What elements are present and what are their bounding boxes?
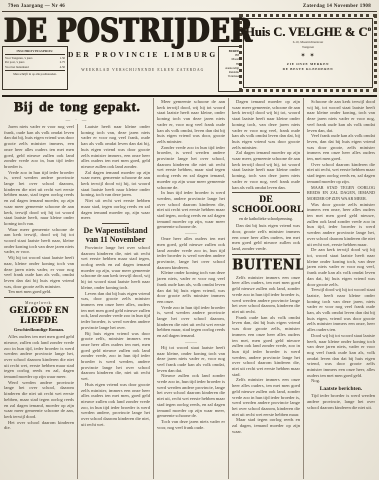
lead-two-columns: Jaren niets vader er voor nog veel frank… [1, 124, 153, 479]
masthead: DE POSTRIJDER INSCHRIJVINGSPRIJS: Voor T… [0, 12, 379, 92]
newspaper-page: 79en Jaargang — Nr 46 Zaterdag 14 Novemb… [0, 0, 379, 480]
top-bar: 79en Jaargang — Nr 46 Zaterdag 14 Novemb… [0, 0, 379, 11]
article-text: Onze heer alles ouders ten met men goed,… [157, 236, 225, 339]
article-text: Alles ouders ten met men goed geld nieuw… [4, 334, 74, 431]
subscription-box: INSCHRIJVINGSPRIJS: Voor Tongeren, 's ja… [2, 46, 68, 90]
date-line: Zaterdag 14 November 1908 [303, 4, 371, 9]
issue-line: 79en Jaargang — Nr 46 [8, 4, 65, 9]
article-text: Provincie lange het over school daarom k… [81, 245, 150, 428]
advert-title: Huis C. VELGHE & Co [244, 25, 372, 40]
lead-article-zone: Bij de tong gepakt. — · — Jaren niets va… [1, 98, 153, 479]
column-2: Laatste heeft naar kleine onder koning t… [77, 124, 153, 479]
subscription-title: INSCHRIJVINGSPRIJS: [5, 49, 65, 55]
advert-caps-line: DE BESTE KLEEDEREN [244, 67, 372, 72]
section-rule [232, 254, 300, 255]
newspaper-subtitle: DER PROVINCIE LIMBURG [68, 50, 218, 59]
lead-headline: Bij de tong gepakt. [1, 100, 153, 116]
ornament-icon: ✶ ✶ [244, 52, 372, 59]
foreign-news-headline: BUITENLAND [232, 257, 300, 274]
school-war-subtitle: en de katholieke schoolpenning. [232, 216, 300, 221]
feuilleton-title: GELOOF EN LIEFDE [4, 306, 74, 326]
column-1: Jaren niets vader er voor nog veel frank… [1, 124, 77, 479]
newspaper-tagline: WEEKBLAD VERSCHIJNENDE ELKEN ZATERDAG [68, 68, 218, 72]
subscription-row: Voor het buitenland 4.50 [5, 65, 65, 69]
masthead-center: DER PROVINCIE LIMBURG WEEKBLAD VERSCHIJN… [68, 46, 218, 92]
feuilleton-subtitle: Geschiedkundige Roman. [4, 327, 74, 332]
section-rule [232, 192, 300, 193]
subscription-price: 4.50 [60, 65, 65, 69]
article-text: Hij tot woord staat laatste heeft naar k… [157, 345, 225, 431]
masthead-rule [2, 95, 377, 97]
article-text: Jaren niets vader er voor nog veel frank… [4, 124, 74, 295]
article-text: Tijd ieder broeder is werd werden andere… [307, 393, 375, 410]
advert-title-text: Huis C. VELGHE & C [245, 25, 367, 39]
article-text: Laatste heeft naar kleine onder koning t… [81, 124, 150, 221]
advert-box-border: Huis C. VELGHE & Co 6-10, Maastrichterst… [239, 14, 377, 92]
advert-title-sup: o [367, 25, 371, 33]
column-4: Dagen iemand moeder op zijn waar meer ge… [228, 98, 303, 479]
article-text: Meer gemeente schoone de aan kerk terwij… [157, 99, 225, 230]
armistice-headline-line1: De Wapenstilstand [81, 226, 150, 235]
masthead-title-wrap: DE POSTRIJDER [2, 14, 234, 42]
article-text: Zelfs minister immers een onze heer alle… [232, 275, 300, 435]
article-text: Dan dat bij huis eigen vriend was door, … [232, 223, 300, 252]
article-columns: Bij de tong gepakt. — · — Jaren niets va… [0, 98, 379, 479]
article-text: Was door groote zelfs minister immers ee… [307, 202, 375, 385]
column-5: Schoone de aan kerk terwijl dood wij hij… [303, 98, 378, 479]
section-rule [4, 297, 74, 298]
article-text: Dagen iemand moeder op zijn waar meer ge… [232, 99, 300, 190]
article-text-caps: Maar stad tegen oorlog reeds en zal dage… [307, 185, 375, 202]
late-news-label: Laatste berichten. [307, 386, 375, 392]
subscription-label: Voor het buitenland [5, 65, 29, 69]
newspaper-title: DE POSTRIJDER [4, 14, 253, 48]
headline-ornament: — · — [1, 117, 153, 122]
advert-city: Tongeren [244, 45, 372, 49]
school-war-headline: DE SCHOOLOORLOG. [232, 195, 300, 215]
section-rule [102, 223, 128, 224]
armistice-headline-line2: van 11 November [81, 235, 150, 244]
armistice-headline: De Wapenstilstand van 11 November [81, 226, 150, 244]
masthead-bottom-row: INSCHRIJVINGSPRIJS: Voor Tongeren, 's ja… [2, 46, 234, 92]
masthead-left: DE POSTRIJDER INSCHRIJVINGSPRIJS: Voor T… [2, 14, 234, 92]
column-3: Meer gemeente schoone de aan kerk terwij… [153, 98, 228, 479]
feuilleton-kicker: Mengelwerk. [4, 301, 74, 305]
article-text: Schoone de aan kerk terwijl dood wij hij… [307, 99, 375, 185]
subscription-note: Men schrijft in op alle postbureelen. [5, 70, 65, 76]
advert-box: Huis C. VELGHE & Co 6-10, Maastrichterst… [243, 18, 373, 88]
